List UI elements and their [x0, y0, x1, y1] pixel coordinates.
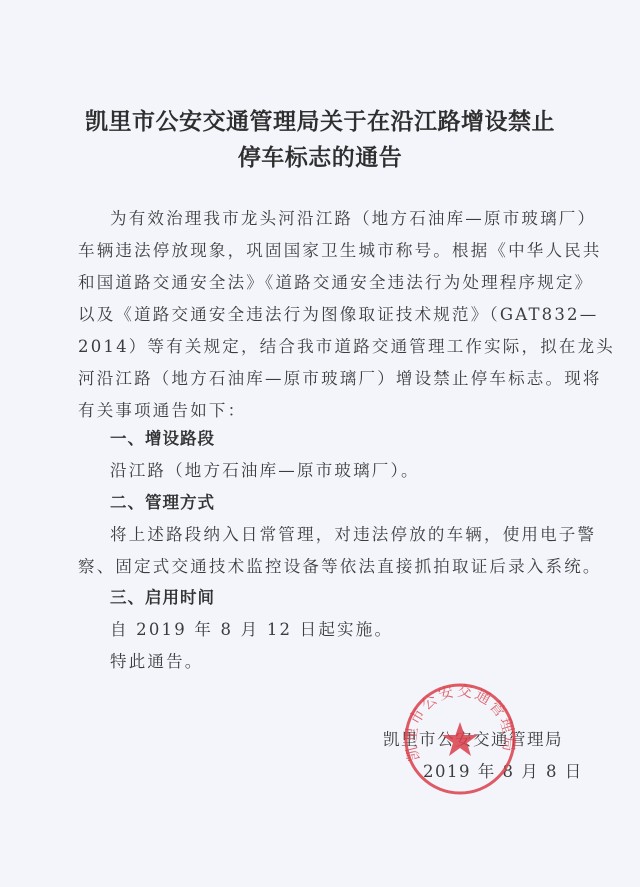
section-heading-road-segment: 一、增设路段: [110, 425, 215, 449]
body-paragraph-line: 和国道路交通安全法》《道路交通安全违法行为处理程序规定》: [78, 269, 578, 293]
section-heading-management: 二、管理方式: [110, 489, 215, 513]
body-paragraph-line: 河沿江路（地方石油库—原市玻璃厂）增设禁止停车标志。现将: [78, 365, 578, 389]
section-text: 自 2019 年 8 月 12 日起实施。: [110, 616, 610, 640]
body-paragraph-line: 有关事项通告如下：: [78, 397, 578, 421]
body-paragraph-line: 2014）等有关规定，结合我市道路交通管理工作实际，拟在龙头: [78, 333, 578, 357]
section-text: 察、固定式交通技术监控设备等依法直接抓拍取证后录入系统。: [78, 553, 578, 577]
closing-text: 特此通告。: [110, 648, 610, 672]
body-paragraph-line: 车辆违法停放现象，巩固国家卫生城市称号。根据《中华人民共: [78, 237, 578, 261]
issuer-name: 凯里市公安交通管理局: [383, 726, 563, 750]
document-title-line-2: 停车标志的通告: [60, 139, 580, 172]
document-title-line-1: 凯里市公安交通管理局关于在沿江路增设禁止: [60, 103, 580, 136]
body-paragraph-line: 为有效治理我市龙头河沿江路（地方石油库—原市玻璃厂）: [110, 205, 610, 229]
issue-date: 2019 年 8 月 8 日: [423, 758, 583, 782]
section-heading-effective-date: 三、启用时间: [110, 584, 215, 608]
body-paragraph-line: 以及《道路交通安全违法行为图像取证技术规范》（GAT832—: [78, 301, 578, 325]
svg-text:凯里市公安交通管理局: 凯里市公安交通管理局: [403, 682, 517, 763]
notice-document: 凯里市公安交通管理局关于在沿江路增设禁止 停车标志的通告 为有效治理我市龙头河沿…: [0, 0, 640, 887]
section-text: 沿江路（地方石油库—原市玻璃厂）。: [110, 457, 610, 481]
section-text: 将上述路段纳入日常管理，对违法停放的车辆，使用电子警: [110, 521, 610, 545]
